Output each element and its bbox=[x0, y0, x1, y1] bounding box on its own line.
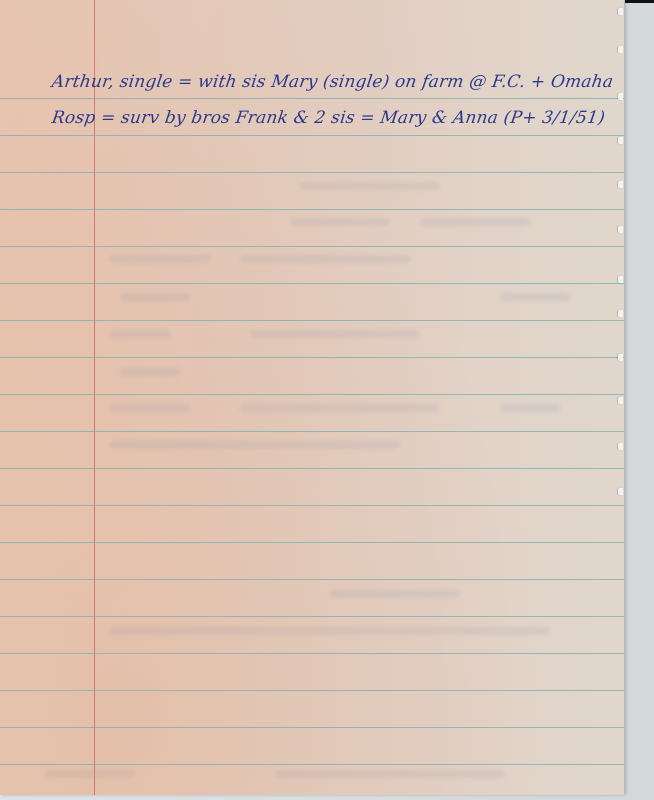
bleed-through-mark bbox=[110, 330, 170, 338]
binder-hole bbox=[618, 137, 623, 144]
binder-hole bbox=[618, 181, 623, 188]
binder-hole bbox=[618, 226, 623, 233]
ruled-line bbox=[0, 542, 624, 543]
ruled-line bbox=[0, 505, 624, 506]
ruled-line bbox=[0, 246, 624, 247]
ruled-line bbox=[0, 394, 624, 395]
bleed-through-mark bbox=[300, 182, 440, 190]
ruled-line bbox=[0, 357, 624, 358]
handwritten-line-1: Arthur, single = with sis Mary (single) … bbox=[51, 72, 615, 92]
ruled-line bbox=[0, 468, 624, 469]
ruled-line bbox=[0, 172, 624, 173]
bleed-through-mark bbox=[110, 255, 210, 263]
binder-hole bbox=[618, 276, 623, 283]
binder-hole bbox=[618, 93, 623, 100]
bleed-through-mark bbox=[330, 590, 460, 598]
bleed-through-mark bbox=[240, 404, 440, 412]
ruled-line bbox=[0, 764, 624, 765]
binder-hole bbox=[618, 354, 623, 361]
bleed-through-mark bbox=[45, 770, 135, 778]
bleed-through-mark bbox=[250, 330, 420, 338]
bleed-through-mark bbox=[500, 404, 560, 412]
ruled-line bbox=[0, 98, 624, 99]
ruled-line bbox=[0, 431, 624, 432]
bleed-through-mark bbox=[110, 627, 550, 635]
binder-hole bbox=[618, 443, 623, 450]
binder-hole bbox=[618, 8, 623, 15]
ruled-line bbox=[0, 653, 624, 654]
binder-hole bbox=[618, 310, 623, 317]
ruled-line bbox=[0, 579, 624, 580]
ruled-line bbox=[0, 727, 624, 728]
bleed-through-mark bbox=[110, 404, 190, 412]
binder-hole bbox=[618, 46, 623, 53]
ruled-line bbox=[0, 616, 624, 617]
bleed-through-mark bbox=[275, 770, 505, 778]
ruled-line bbox=[0, 135, 624, 136]
binder-hole bbox=[618, 488, 623, 495]
bleed-through-mark bbox=[500, 293, 570, 301]
ruled-line bbox=[0, 283, 624, 284]
handwritten-line-2: Rosp = surv by bros Frank & 2 sis = Mary… bbox=[51, 108, 607, 128]
scan-edge bbox=[625, 0, 654, 3]
bleed-through-mark bbox=[110, 441, 400, 449]
ruled-line bbox=[0, 690, 624, 691]
bleed-through-mark bbox=[290, 218, 390, 226]
bleed-through-mark bbox=[240, 255, 410, 263]
bleed-through-mark bbox=[420, 218, 530, 226]
notebook-page: Arthur, single = with sis Mary (single) … bbox=[0, 0, 624, 795]
bleed-through-mark bbox=[120, 293, 190, 301]
bleed-through-mark bbox=[120, 368, 180, 376]
ruled-line bbox=[0, 320, 624, 321]
ruled-line bbox=[0, 209, 624, 210]
binder-hole bbox=[618, 397, 623, 404]
